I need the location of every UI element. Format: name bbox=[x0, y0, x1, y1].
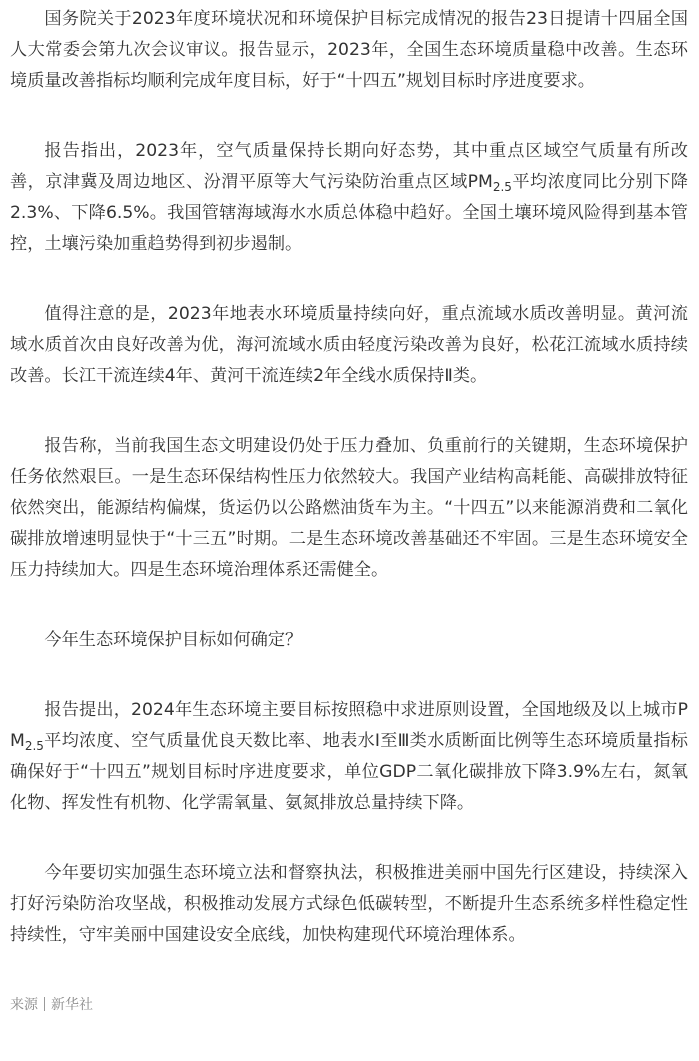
article-paragraph-6: 今年要切实加强生态环境立法和督察执法，积极推进美丽中国先行区建设，持续深入打好污… bbox=[10, 858, 688, 951]
article-paragraph-2: 报告指出，2023年，空气质量保持长期向好态势，其中重点区域空气质量有所改善，京… bbox=[10, 136, 688, 260]
paragraph-text: 值得注意的是，2023年地表水环境质量持续向好，重点流域水质改善明显。黄河流域水… bbox=[10, 304, 688, 386]
article-paragraph-1: 国务院关于2023年度环境状况和环境保护目标完成情况的报告23日提请十四届全国人… bbox=[10, 4, 688, 97]
pm25-subscript: 2.5 bbox=[493, 180, 512, 194]
paragraph-text: 平均浓度、空气质量优良天数比率、地表水Ⅰ至Ⅲ类水质断面比例等生态环境质量指标确保… bbox=[10, 731, 688, 813]
source-label: 来源 bbox=[10, 997, 38, 1013]
paragraph-text: 今年要切实加强生态环境立法和督察执法，积极推进美丽中国先行区建设，持续深入打好污… bbox=[10, 863, 688, 945]
question-text: 今年生态环境保护目标如何确定？ bbox=[44, 630, 302, 650]
source-credit: 来源新华社 bbox=[10, 995, 688, 1015]
source-divider bbox=[44, 997, 45, 1011]
article-body: 国务院关于2023年度环境状况和环境保护目标完成情况的报告23日提请十四届全国人… bbox=[0, 0, 699, 1015]
article-paragraph-4: 报告称，当前我国生态文明建设仍处于压力叠加、负重前行的关键期，生态环境保护任务依… bbox=[10, 431, 688, 586]
paragraph-text: 国务院关于2023年度环境状况和环境保护目标完成情况的报告23日提请十四届全国人… bbox=[10, 9, 688, 91]
pm25-subscript: 2.5 bbox=[25, 739, 44, 753]
source-value: 新华社 bbox=[51, 997, 93, 1013]
article-paragraph-5: 报告提出，2024年生态环境主要目标按照稳中求进原则设置，全国地级及以上城市PM… bbox=[10, 695, 688, 819]
paragraph-text: 报告称，当前我国生态文明建设仍处于压力叠加、负重前行的关键期，生态环境保护任务依… bbox=[10, 436, 688, 580]
section-question-heading: 今年生态环境保护目标如何确定？ bbox=[10, 625, 688, 656]
article-paragraph-3: 值得注意的是，2023年地表水环境质量持续向好，重点流域水质改善明显。黄河流域水… bbox=[10, 299, 688, 392]
